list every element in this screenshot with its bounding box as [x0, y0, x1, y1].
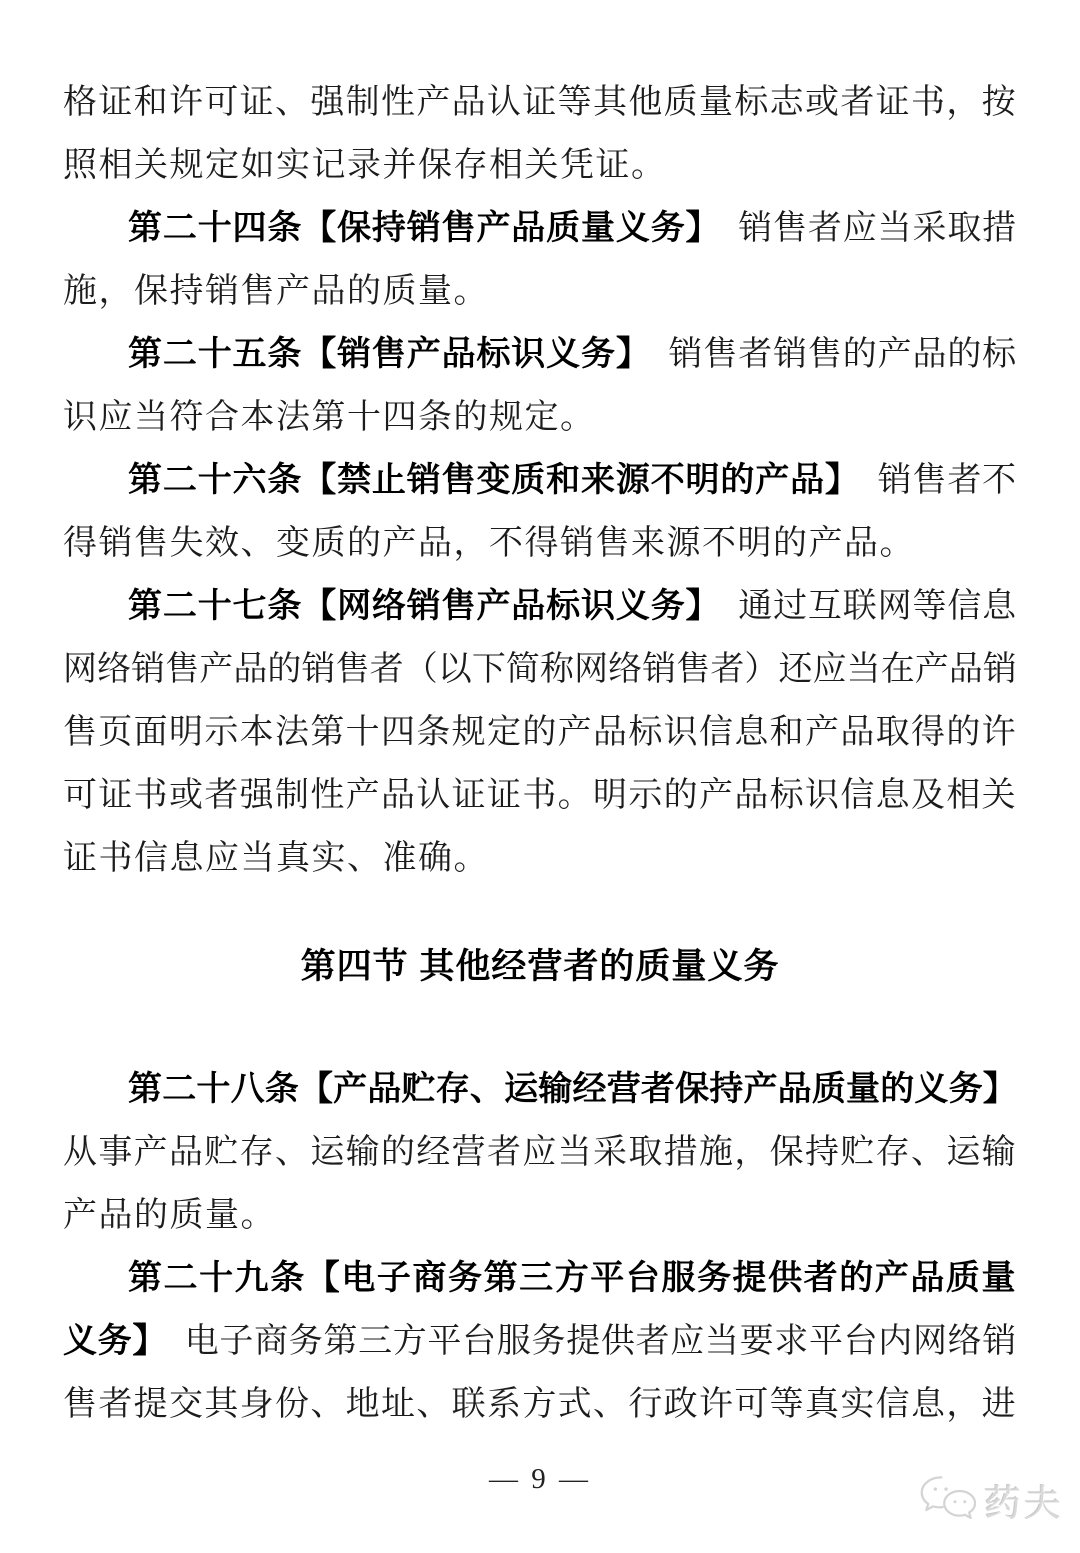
article-27-heading-line: 第二十七条【网络销售产品标识义务】 通过互联网等信息 — [63, 575, 1017, 638]
wechat-icon — [918, 1474, 976, 1527]
article-29-continuation-line: 义务】 电子商务第三方平台服务提供者应当要求平台内网络销 — [63, 1310, 1017, 1373]
body-line: 得销售失效、变质的产品，不得销售来源不明的产品。 — [63, 512, 1017, 575]
body-line: 售页面明示本法第十四条规定的产品标识信息和产品取得的许 — [63, 701, 1017, 764]
page-number: — 9 — — [63, 1458, 1017, 1500]
article-27-title: 第二十七条【网络销售产品标识义务】 — [128, 587, 703, 625]
body-text: 网络销售产品的销售者（以下简称网络销售者）还应当在产品销 — [63, 651, 1017, 688]
body-text: 电子商务第三方平台服务提供者应当要求平台内网络销 — [150, 1323, 1017, 1360]
body-text: 得销售失效、变质的产品，不得销售来源不明的产品。 — [63, 525, 915, 562]
article-24-heading-line: 第二十四条【保持销售产品质量义务】 销售者应当采取措 — [63, 197, 1017, 260]
body-text: 格证和许可证、强制性产品认证等其他质量标志或者证书，按 — [63, 84, 1017, 121]
document-page: 格证和许可证、强制性产品认证等其他质量标志或者证书，按 照相关规定如实记录并保存… — [0, 0, 1080, 1553]
article-29-heading-line: 第二十九条【电子商务第三方平台服务提供者的产品质量 — [63, 1247, 1017, 1310]
article-24-title: 第二十四条【保持销售产品质量义务】 — [128, 209, 703, 247]
body-text: 售页面明示本法第十四条规定的产品标识信息和产品取得的许 — [63, 714, 1017, 751]
body-line: 可证书或者强制性产品认证证书。明示的产品标识信息及相关 — [63, 764, 1017, 827]
body-line: 识应当符合本法第十四条的规定。 — [63, 386, 1017, 449]
watermark: 药夫 — [918, 1473, 1064, 1527]
article-25-heading-line: 第二十五条【销售产品标识义务】 销售者销售的产品的标 — [63, 323, 1017, 386]
body-text: 通过互联网等信息 — [703, 588, 1017, 625]
section-heading: 第四节 其他经营者的质量义务 — [63, 935, 1017, 998]
article-29-title: 第二十九条【电子商务第三方平台服务提供者的产品质量 — [128, 1259, 1017, 1297]
article-28-title: 第二十八条【产品贮存、运输经营者保持产品质量的义务】 — [128, 1070, 1017, 1108]
article-26-heading-line: 第二十六条【禁止销售变质和来源不明的产品】 销售者不 — [63, 449, 1017, 512]
body-text: 照相关规定如实记录并保存相关凭证。 — [63, 147, 667, 184]
article-28-heading-line: 第二十八条【产品贮存、运输经营者保持产品质量的义务】 — [63, 1058, 1017, 1121]
article-25-title: 第二十五条【销售产品标识义务】 — [128, 335, 634, 373]
body-text: 产品的质量。 — [63, 1197, 276, 1234]
body-text: 从事产品贮存、运输的经营者应当采取措施，保持贮存、运输 — [63, 1134, 1017, 1171]
watermark-text: 药夫 — [984, 1473, 1064, 1527]
body-text: 识应当符合本法第十四条的规定。 — [63, 399, 596, 436]
body-text: 销售者应当采取措 — [703, 210, 1017, 247]
body-text: 销售者销售的产品的标 — [634, 336, 1017, 373]
body-line: 售者提交其身份、地址、联系方式、行政许可等真实信息，进 — [63, 1373, 1017, 1436]
body-line: 网络销售产品的销售者（以下简称网络销售者）还应当在产品销 — [63, 638, 1017, 701]
body-text: 销售者不 — [843, 462, 1017, 499]
body-line: 证书信息应当真实、准确。 — [63, 827, 1017, 890]
article-29-title-continued: 义务】 — [63, 1322, 150, 1360]
body-text: 证书信息应当真实、准确。 — [63, 840, 489, 877]
body-text: 施，保持销售产品的质量。 — [63, 273, 489, 310]
body-line: 照相关规定如实记录并保存相关凭证。 — [63, 134, 1017, 197]
body-line: 从事产品贮存、运输的经营者应当采取措施，保持贮存、运输 — [63, 1121, 1017, 1184]
body-line: 产品的质量。 — [63, 1184, 1017, 1247]
body-line: 格证和许可证、强制性产品认证等其他质量标志或者证书，按 — [63, 71, 1017, 134]
article-26-title: 第二十六条【禁止销售变质和来源不明的产品】 — [128, 461, 843, 499]
body-text: 售者提交其身份、地址、联系方式、行政许可等真实信息，进 — [63, 1386, 1017, 1423]
body-text: 可证书或者强制性产品认证证书。明示的产品标识信息及相关 — [63, 777, 1017, 814]
document-content: 格证和许可证、强制性产品认证等其他质量标志或者证书，按 照相关规定如实记录并保存… — [0, 0, 1080, 1500]
body-line: 施，保持销售产品的质量。 — [63, 260, 1017, 323]
